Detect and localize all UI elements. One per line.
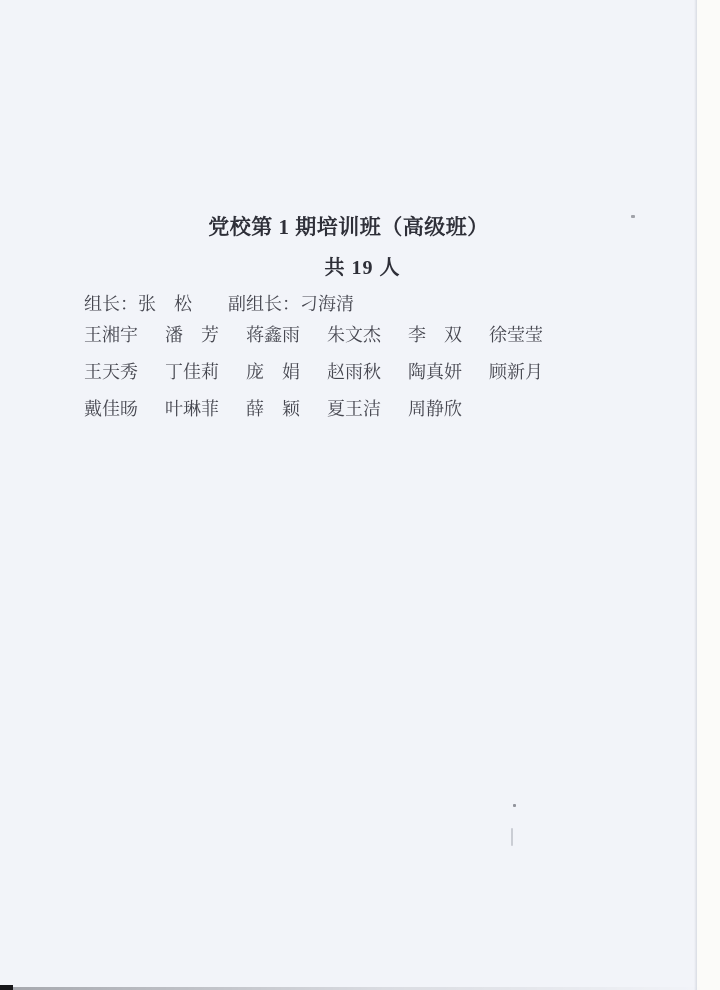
scanner-corner-mark — [0, 985, 13, 990]
document-subtitle-headcount: 共 19 人 — [14, 251, 711, 280]
person-name: 夏王洁 — [327, 400, 381, 418]
person-name: 薛 颖 — [246, 400, 300, 418]
name-row: 戴佳旸叶琳菲薛 颖夏王洁周静欣 — [84, 400, 543, 418]
document-body: 党校第 1 期培训班（高级班） 共 19 人 组长：张 松副组长：刁海清 王湘宇… — [0, 0, 697, 990]
person-name: 赵雨秋 — [327, 363, 381, 381]
name-row: 王天秀丁佳莉庞 娟赵雨秋陶真妍顾新月 — [84, 363, 543, 381]
person-name: 王湘宇 — [84, 326, 138, 344]
person-name: 徐莹莹 — [489, 326, 543, 344]
leaders-line: 组长：张 松副组长：刁海清 — [84, 290, 354, 316]
person-name: 叶琳菲 — [165, 400, 219, 418]
person-name: 庞 娟 — [246, 363, 300, 381]
person-name: 朱文杰 — [327, 326, 381, 344]
leader-label: 组长： — [84, 294, 138, 314]
person-name: 王天秀 — [84, 363, 138, 381]
scan-smudge — [511, 828, 513, 846]
person-name: 顾新月 — [489, 363, 543, 381]
deputy-leader-name: 刁海清 — [300, 294, 354, 314]
scan-speck — [631, 215, 635, 218]
person-name: 陶真妍 — [408, 363, 462, 381]
deputy-leader-label: 副组长： — [228, 294, 300, 314]
scanned-page: 党校第 1 期培训班（高级班） 共 19 人 组长：张 松副组长：刁海清 王湘宇… — [0, 0, 720, 990]
person-name: 蒋鑫雨 — [246, 326, 300, 344]
scan-speck — [513, 804, 516, 807]
person-name: 潘 芳 — [165, 326, 219, 344]
leader-name: 张 松 — [138, 294, 192, 314]
person-name: 李 双 — [408, 326, 462, 344]
person-name: 戴佳旸 — [84, 400, 138, 418]
person-name: 丁佳莉 — [165, 363, 219, 381]
document-title: 党校第 1 期培训班（高级班） — [0, 211, 697, 241]
name-rows: 王湘宇潘 芳蒋鑫雨朱文杰李 双徐莹莹王天秀丁佳莉庞 娟赵雨秋陶真妍顾新月戴佳旸叶… — [84, 326, 543, 437]
name-row: 王湘宇潘 芳蒋鑫雨朱文杰李 双徐莹莹 — [84, 326, 543, 344]
scanner-background-strip — [697, 0, 720, 990]
person-name: 周静欣 — [408, 400, 462, 418]
